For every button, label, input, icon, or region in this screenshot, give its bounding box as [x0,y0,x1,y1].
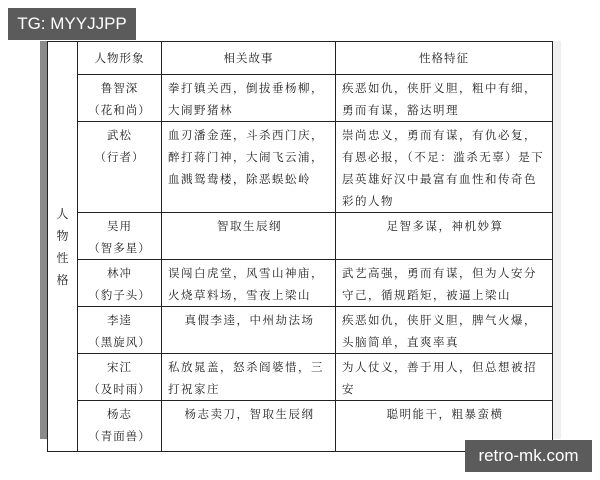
character-name: 林冲 [78,262,161,284]
story-cell: 误闯白虎堂，风雪山神庙，火烧草料场，雪夜上梁山 [162,260,336,307]
story-cell: 拳打镇关西，倒拔垂杨柳，大闹野猪林 [162,75,336,122]
story-cell: 私放晁盖，怒杀阎婆惜，三打祝家庄 [162,354,336,401]
header-character: 人物形象 [78,42,162,75]
table-row: 李逵 （黑旋风） 真假李逵，中州劫法场 疾恶如仇，侠肝义胆，脾气火爆，头脑简单，… [48,307,553,354]
name-cell: 杨志 （青面兽） [78,401,162,452]
table-row: 鲁智深 （花和尚） 拳打镇关西，倒拔垂杨柳，大闹野猪林 疾恶如仇，侠肝义胆，粗中… [48,75,553,122]
character-name: 宋江 [78,356,161,378]
character-name: 鲁智深 [78,77,161,99]
watermark-bottom-right: retro-mk.com [465,440,592,472]
watermark-top-left: TG: MYYJJPP [8,8,136,40]
trait-cell: 崇尚忠义，勇而有谋，有仇必复，有恩必报，（不足：滥杀无辜）是下层英雄好汉中最富有… [336,122,553,213]
category-cell: 人物性格 [48,42,78,452]
story-cell: 智取生辰纲 [162,213,336,260]
right-gray-strip [552,41,561,439]
left-gray-strip [40,41,47,439]
table-row: 吴用 （智多星） 智取生辰纲 足智多谋，神机妙算 [48,213,553,260]
character-name: 李逵 [78,309,161,331]
story-cell: 血刃潘金莲，斗杀西门庆，醉打蒋门神，大闹飞云浦，血溅鸳鸯楼，除恶蜈蚣岭 [162,122,336,213]
trait-cell: 为人仗义，善于用人，但总想被招安 [336,354,553,401]
table-row: 宋江 （及时雨） 私放晁盖，怒杀阎婆惜，三打祝家庄 为人仗义，善于用人，但总想被… [48,354,553,401]
header-row: 人物性格 人物形象 相关故事 性格特征 [48,42,553,75]
character-nickname: （花和尚） [78,99,161,121]
character-nickname: （行者） [78,146,161,168]
character-table: 人物性格 人物形象 相关故事 性格特征 鲁智深 （花和尚） 拳打镇关西，倒拔垂杨… [47,41,553,452]
character-name: 武松 [78,124,161,146]
name-cell: 武松 （行者） [78,122,162,213]
story-cell: 杨志卖刀，智取生辰纲 [162,401,336,452]
character-nickname: （及时雨） [78,378,161,400]
character-nickname: （青面兽） [78,425,161,447]
name-cell: 宋江 （及时雨） [78,354,162,401]
name-cell: 吴用 （智多星） [78,213,162,260]
category-label: 人物性格 [56,203,70,291]
table-row: 武松 （行者） 血刃潘金莲，斗杀西门庆，醉打蒋门神，大闹飞云浦，血溅鸳鸯楼，除恶… [48,122,553,213]
header-story: 相关故事 [162,42,336,75]
trait-cell: 武艺高强，勇而有谋，但为人安分守己，循规蹈矩，被逼上梁山 [336,260,553,307]
character-name: 杨志 [78,403,161,425]
header-trait: 性格特征 [336,42,553,75]
story-cell: 真假李逵，中州劫法场 [162,307,336,354]
name-cell: 林冲 （豹子头） [78,260,162,307]
character-nickname: （黑旋风） [78,331,161,353]
name-cell: 鲁智深 （花和尚） [78,75,162,122]
name-cell: 李逵 （黑旋风） [78,307,162,354]
character-name: 吴用 [78,215,161,237]
trait-cell: 足智多谋，神机妙算 [336,213,553,260]
character-nickname: （智多星） [78,237,161,259]
table-row: 林冲 （豹子头） 误闯白虎堂，风雪山神庙，火烧草料场，雪夜上梁山 武艺高强，勇而… [48,260,553,307]
character-nickname: （豹子头） [78,284,161,306]
trait-cell: 疾恶如仇，侠肝义胆，粗中有细，勇而有谋，豁达明理 [336,75,553,122]
trait-cell: 疾恶如仇，侠肝义胆，脾气火爆，头脑简单，直爽率真 [336,307,553,354]
